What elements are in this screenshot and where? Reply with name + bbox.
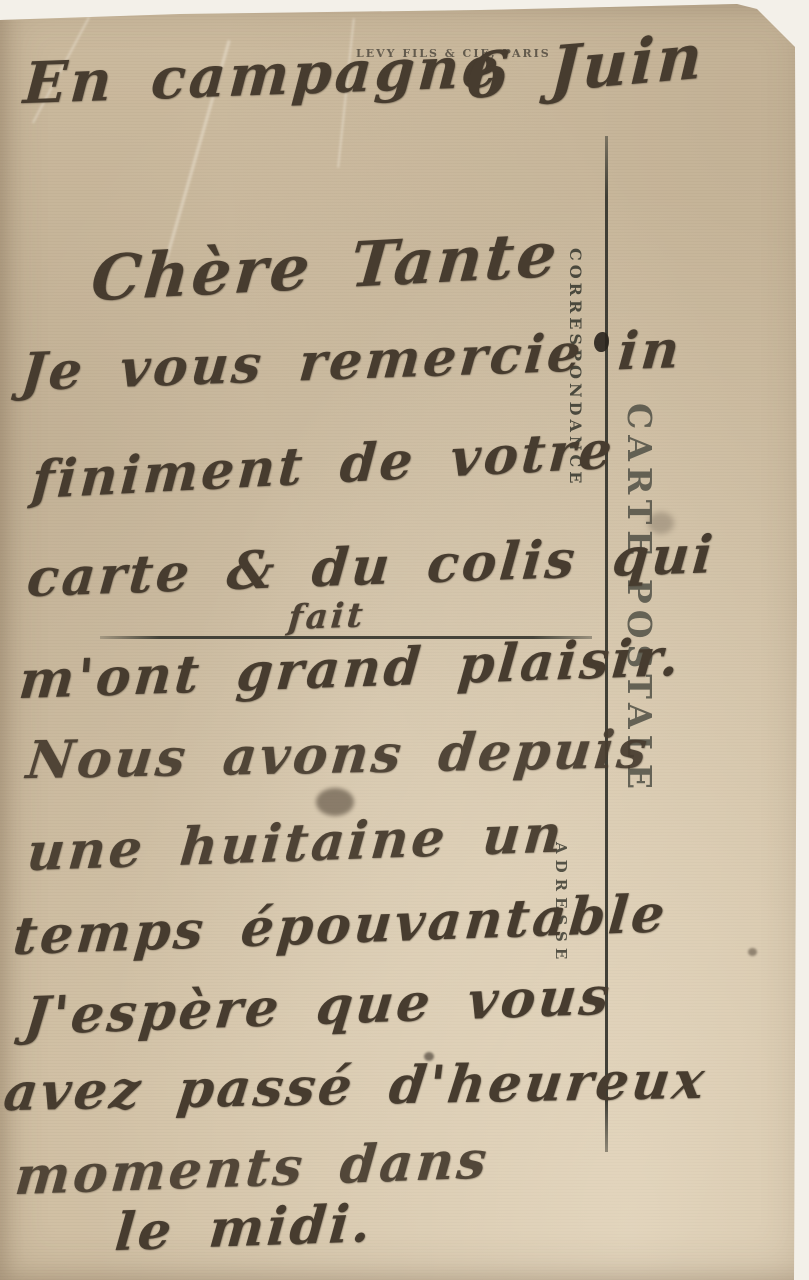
ink-blot — [594, 332, 609, 352]
manuscript-insertion: fait — [286, 595, 367, 638]
manuscript-line: une huitaine un — [25, 803, 567, 883]
manuscript-line: le midi. — [113, 1193, 376, 1263]
manuscript-line: moments dans — [13, 1129, 492, 1207]
manuscript-line: temps épouvantable — [11, 883, 670, 967]
postcard-paper: LEVY FILS & CIE, PARIS CORRESPONDANCE CA… — [0, 0, 809, 1280]
manuscript-line: avez passé d'heureux — [0, 1050, 710, 1123]
manuscript-line: m'ont grand plaisir. — [17, 627, 685, 711]
manuscript-line: carte & du colis qui — [25, 524, 718, 609]
manuscript-line: Nous avons depuis — [24, 719, 653, 791]
manuscript-line: J'espère que vous — [22, 966, 615, 1048]
ink-speck — [748, 948, 757, 956]
ink-blot — [316, 788, 354, 816]
ink-speck — [424, 1052, 434, 1061]
dateline-place: En campagne — [21, 33, 503, 117]
ink-smudge — [648, 512, 674, 534]
manuscript-line: finiment de votre — [30, 419, 617, 511]
salutation: Chère Tante — [89, 218, 563, 316]
